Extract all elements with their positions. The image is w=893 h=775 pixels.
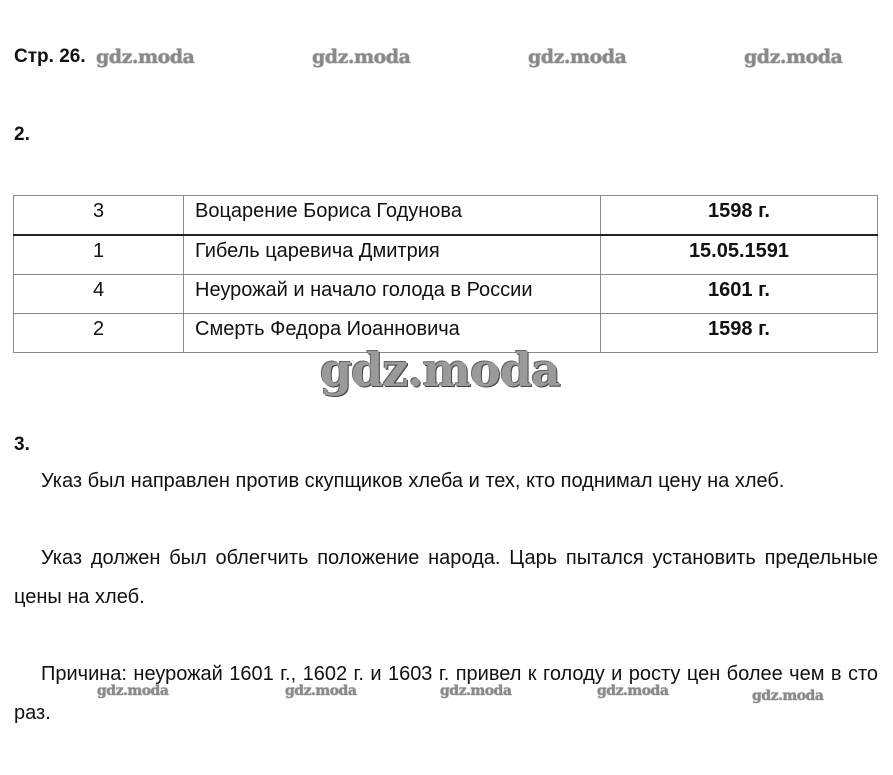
- order-cell: 3: [14, 196, 184, 236]
- watermark: gdz.moda: [97, 683, 168, 699]
- watermark: gdz.moda: [312, 46, 410, 68]
- order-cell: 4: [14, 275, 184, 314]
- watermark: gdz.moda: [528, 46, 626, 68]
- date-cell: 15.05.1591: [601, 235, 878, 275]
- event-cell: Гибель царевича Дмитрия: [184, 235, 601, 275]
- watermark: gdz.moda: [96, 46, 194, 68]
- table-row: 1 Гибель царевича Дмитрия 15.05.1591: [14, 235, 878, 275]
- watermark: gdz.moda: [285, 683, 356, 699]
- watermark: gdz.moda: [597, 683, 668, 699]
- order-cell: 1: [14, 235, 184, 275]
- events-table: 3 Воцарение Бориса Годунова 1598 г. 1 Ги…: [13, 195, 878, 353]
- answer-paragraph: Указ должен был облегчить положение наро…: [14, 539, 878, 617]
- section-2-number: 2.: [14, 124, 30, 146]
- date-cell: 1598 г.: [601, 196, 878, 236]
- order-cell: 2: [14, 314, 184, 353]
- answer-paragraph: Указ был направлен против скупщиков хлеб…: [14, 462, 878, 501]
- watermark: gdz.moda: [744, 46, 842, 68]
- section-3-number: 3.: [14, 434, 30, 456]
- table-row: 3 Воцарение Бориса Годунова 1598 г.: [14, 196, 878, 236]
- watermark: gdz.moda: [752, 688, 823, 704]
- watermark: gdz.moda: [440, 683, 511, 699]
- event-cell: Неурожай и начало голода в России: [184, 275, 601, 314]
- table-row: 4 Неурожай и начало голода в России 1601…: [14, 275, 878, 314]
- page-title: Стр. 26.: [14, 46, 86, 68]
- watermark-large: gdz.moda: [320, 343, 560, 397]
- event-cell: Воцарение Бориса Годунова: [184, 196, 601, 236]
- date-cell: 1598 г.: [601, 314, 878, 353]
- date-cell: 1601 г.: [601, 275, 878, 314]
